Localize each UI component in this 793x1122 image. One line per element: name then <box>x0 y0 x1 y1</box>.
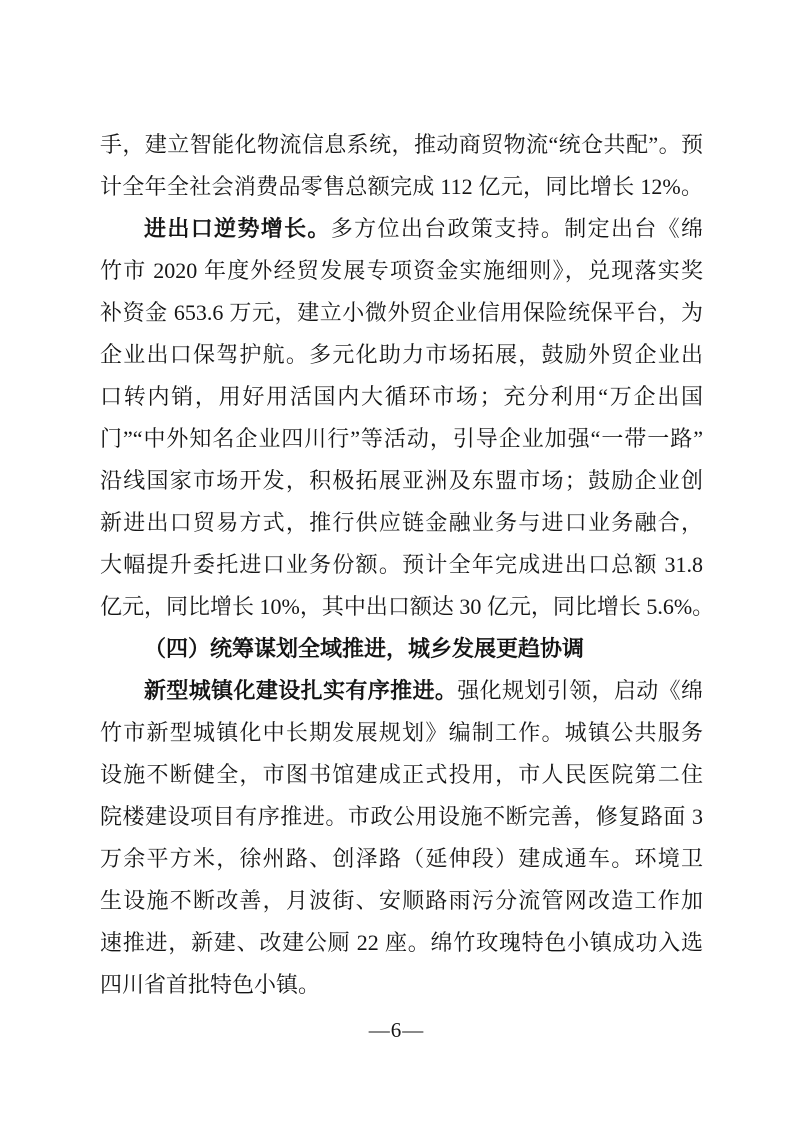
line-text: 生设施不断改善，月波街、安顺路雨污分流管网改造工作加 <box>100 888 703 913</box>
bold-lead: 进出口逆势增长。 <box>144 216 331 241</box>
document-body: 手，建立智能化物流信息系统，推动商贸物流“统仓共配”。预 计全年全社会消费品零售… <box>100 124 703 1006</box>
section-heading: （四）统筹谋划全域推进，城乡发展更趋协调 <box>100 628 703 670</box>
line-text: 补资金 653.6 万元，建立小微外贸企业信用保险统保平台，为 <box>100 300 703 325</box>
text-line: 院楼建设项目有序推进。市政公用设施不断完善，修复路面 3 <box>100 796 703 838</box>
text-line: 口转内销，用好用活国内大循环市场；充分利用“万企出国 <box>100 376 703 418</box>
text-line: 大幅提升委托进口业务份额。预计全年完成进出口总额 31.8 <box>100 544 703 586</box>
paragraph-end-line: 四川省首批特色小镇。 <box>100 964 703 1006</box>
line-text: 强化规划引领，启动《绵 <box>457 678 703 703</box>
text-line: 门”“中外知名企业四川行”等活动，引导企业加强“一带一路” <box>100 418 703 460</box>
line-text: 四川省首批特色小镇。 <box>100 972 320 997</box>
text-line: 竹市新型城镇化中长期发展规划》编制工作。城镇公共服务 <box>100 712 703 754</box>
line-text: 门”“中外知名企业四川行”等活动，引导企业加强“一带一路” <box>100 426 703 451</box>
text-line: 设施不断健全，市图书馆建成正式投用，市人民医院第二住 <box>100 754 703 796</box>
text-line: 补资金 653.6 万元，建立小微外贸企业信用保险统保平台，为 <box>100 292 703 334</box>
paragraph-start-line: 进出口逆势增长。多方位出台政策支持。制定出台《绵 <box>100 208 703 250</box>
text-line: 竹市 2020 年度外经贸发展专项资金实施细则》，兑现落实奖 <box>100 250 703 292</box>
line-text: 亿元，同比增长 10%，其中出口额达 30 亿元，同比增长 5.6%。 <box>100 594 703 619</box>
line-text: 大幅提升委托进口业务份额。预计全年完成进出口总额 31.8 <box>100 552 703 577</box>
text-line: 速推进，新建、改建公厕 22 座。绵竹玫瑰特色小镇成功入选 <box>100 922 703 964</box>
line-text: 口转内销，用好用活国内大循环市场；充分利用“万企出国 <box>100 384 703 409</box>
line-text: 企业出口保驾护航。多元化助力市场拓展，鼓励外贸企业出 <box>100 342 703 367</box>
text-line: 手，建立智能化物流信息系统，推动商贸物流“统仓共配”。预 <box>100 124 703 166</box>
text-line: 计全年全社会消费品零售总额完成 112 亿元，同比增长 12%。 <box>100 166 703 208</box>
line-text: 新进出口贸易方式，推行供应链金融业务与进口业务融合， <box>100 510 703 535</box>
text-line: 万余平方米，徐州路、创泽路（延伸段）建成通车。环境卫 <box>100 838 703 880</box>
text-line: 生设施不断改善，月波街、安顺路雨污分流管网改造工作加 <box>100 880 703 922</box>
line-text: 速推进，新建、改建公厕 22 座。绵竹玫瑰特色小镇成功入选 <box>100 930 703 955</box>
line-text: 计全年全社会消费品零售总额完成 112 亿元，同比增长 12%。 <box>100 174 703 199</box>
line-text: 竹市新型城镇化中长期发展规划》编制工作。城镇公共服务 <box>100 720 703 745</box>
bold-lead: 新型城镇化建设扎实有序推进。 <box>144 678 457 703</box>
line-text: 多方位出台政策支持。制定出台《绵 <box>331 216 703 241</box>
line-text: 设施不断健全，市图书馆建成正式投用，市人民医院第二住 <box>100 762 703 787</box>
section-heading-text: （四）统筹谋划全域推进，城乡发展更趋协调 <box>144 636 584 661</box>
text-line: 沿线国家市场开发，积极拓展亚洲及东盟市场；鼓励企业创 <box>100 460 703 502</box>
paragraph-start-line: 新型城镇化建设扎实有序推进。强化规划引领，启动《绵 <box>100 670 703 712</box>
line-text: 沿线国家市场开发，积极拓展亚洲及东盟市场；鼓励企业创 <box>100 468 703 493</box>
text-line: 新进出口贸易方式，推行供应链金融业务与进口业务融合， <box>100 502 703 544</box>
line-text: 万余平方米，徐州路、创泽路（延伸段）建成通车。环境卫 <box>100 846 703 871</box>
line-text: 竹市 2020 年度外经贸发展专项资金实施细则》，兑现落实奖 <box>100 258 703 283</box>
text-line: 企业出口保驾护航。多元化助力市场拓展，鼓励外贸企业出 <box>100 334 703 376</box>
page-number: —6— <box>0 1018 793 1043</box>
line-text: 院楼建设项目有序推进。市政公用设施不断完善，修复路面 3 <box>100 804 703 829</box>
line-text: 手，建立智能化物流信息系统，推动商贸物流“统仓共配”。预 <box>100 132 703 157</box>
document-page: 手，建立智能化物流信息系统，推动商贸物流“统仓共配”。预 计全年全社会消费品零售… <box>0 0 793 1122</box>
text-line: 亿元，同比增长 10%，其中出口额达 30 亿元，同比增长 5.6%。 <box>100 586 703 628</box>
